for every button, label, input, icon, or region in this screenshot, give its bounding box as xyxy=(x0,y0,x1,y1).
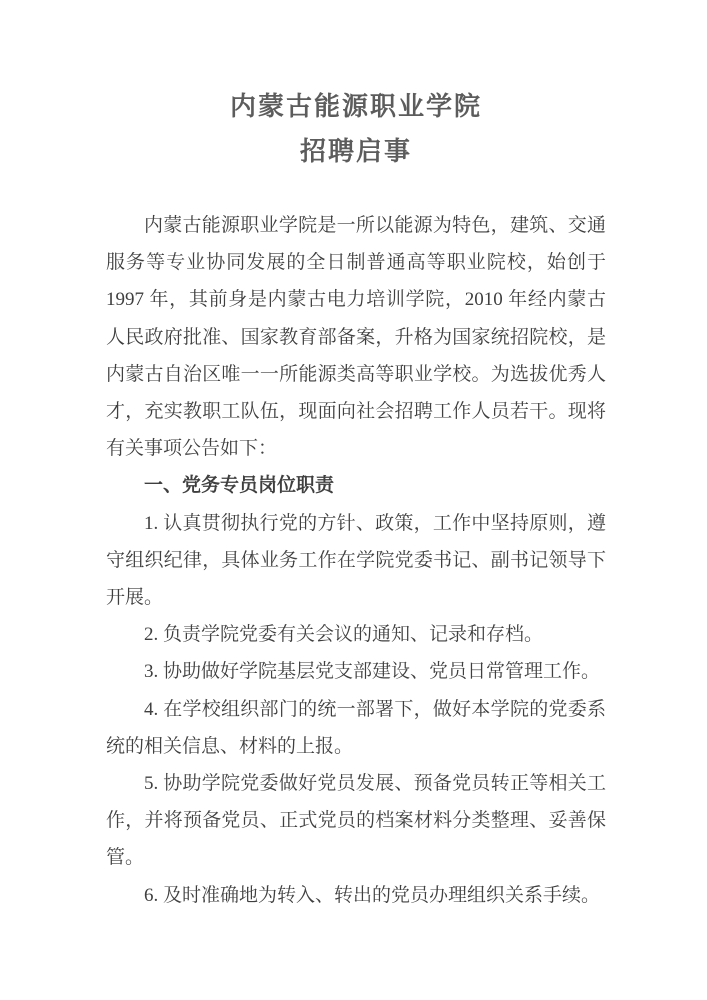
duty-item-6: 6. 及时准确地为转入、转出的党员办理组织关系手续。 xyxy=(106,877,606,914)
document-page: 内蒙古能源职业学院 招聘启事 内蒙古能源职业学院是一所以能源为特色，建筑、交通服… xyxy=(0,0,707,1000)
intro-paragraph: 内蒙古能源职业学院是一所以能源为特色，建筑、交通服务等专业协同发展的全日制普通高… xyxy=(106,207,606,467)
duty-item-2: 2. 负责学院党委有关会议的通知、记录和存档。 xyxy=(106,616,606,653)
document-content: 内蒙古能源职业学院 招聘启事 内蒙古能源职业学院是一所以能源为特色，建筑、交通服… xyxy=(106,84,606,914)
document-title: 内蒙古能源职业学院 招聘启事 xyxy=(106,84,606,174)
duty-item-4: 4. 在学校组织部门的统一部署下，做好本学院的党委系统的相关信息、材料的上报。 xyxy=(106,691,606,765)
duty-item-5: 5. 协助学院党委做好党员发展、预备党员转正等相关工作，并将预备党员、正式党员的… xyxy=(106,765,606,877)
title-line-2: 招聘启事 xyxy=(106,129,606,174)
section-heading: 一、党务专员岗位职责 xyxy=(106,467,606,504)
duty-item-3: 3. 协助做好学院基层党支部建设、党员日常管理工作。 xyxy=(106,653,606,690)
duty-item-1: 1. 认真贯彻执行党的方针、政策，工作中坚持原则，遵守组织纪律，具体业务工作在学… xyxy=(106,505,606,617)
title-line-1: 内蒙古能源职业学院 xyxy=(106,84,606,129)
document-body: 内蒙古能源职业学院是一所以能源为特色，建筑、交通服务等专业协同发展的全日制普通高… xyxy=(106,207,606,914)
